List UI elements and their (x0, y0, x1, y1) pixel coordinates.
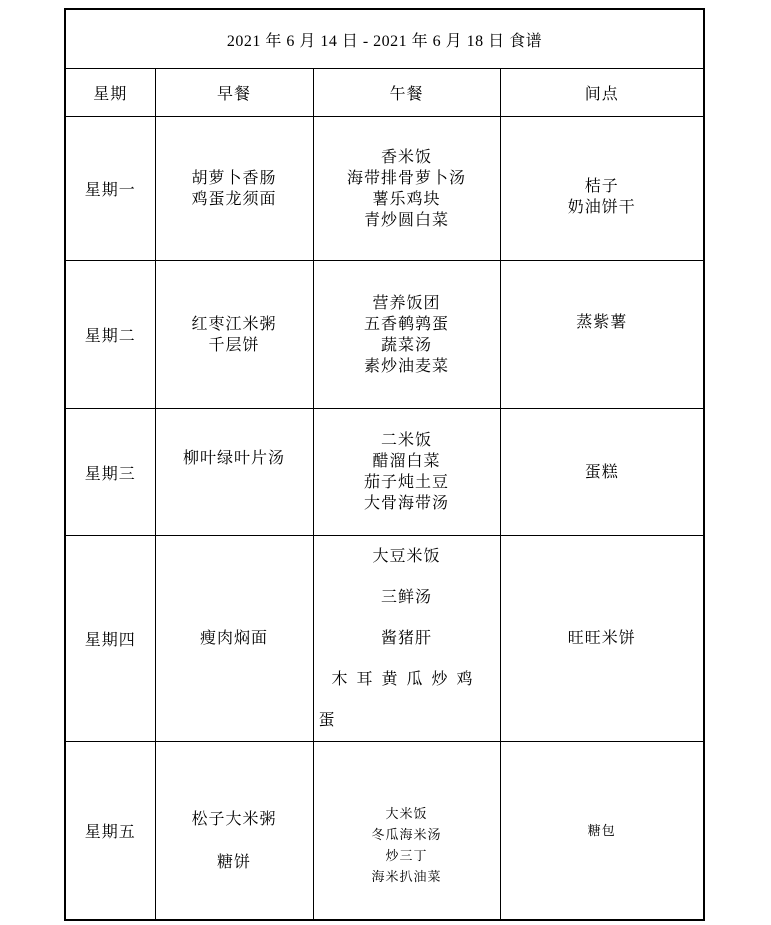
menu-item: 素炒油麦菜 (314, 356, 500, 377)
menu-item: 香米饭 (314, 147, 500, 168)
lunch-cell: 大豆米饭 三鲜汤 酱猪肝 木耳黄瓜炒鸡 蛋 (313, 536, 500, 742)
col-header-breakfast: 早餐 (155, 69, 313, 117)
menu-item: 糖饼 (156, 841, 313, 884)
menu-item: 酱猪肝 (314, 618, 500, 659)
menu-item: 薯乐鸡块 (314, 189, 500, 210)
menu-item: 三鲜汤 (314, 577, 500, 618)
menu-item: 糖包 (501, 820, 704, 841)
menu-item: 木耳黄瓜炒鸡 (314, 659, 500, 700)
menu-item: 柳叶绿叶片汤 (156, 448, 313, 469)
breakfast-cell: 柳叶绿叶片汤 (155, 409, 313, 536)
row-tuesday: 星期二 红枣江米粥 千层饼 营养饭团 五香鹌鹑蛋 蔬菜汤 素炒油麦菜 蒸紫薯 (65, 261, 704, 409)
breakfast-cell: 红枣江米粥 千层饼 (155, 261, 313, 409)
day-label: 星期三 (65, 409, 155, 536)
menu-item: 旺旺米饼 (501, 628, 704, 649)
breakfast-cell: 瘦肉焖面 (155, 536, 313, 742)
menu-item: 海带排骨萝卜汤 (314, 168, 500, 189)
header-row: 星期 早餐 午餐 间点 (65, 69, 704, 117)
menu-item: 青炒圆白菜 (314, 210, 500, 231)
snack-cell: 桔子 奶油饼干 (500, 117, 704, 261)
lunch-cell: 二米饭 醋溜白菜 茄子炖土豆 大骨海带汤 (313, 409, 500, 536)
menu-item: 红枣江米粥 (156, 314, 313, 335)
document-page: 2021 年 6 月 14 日 - 2021 年 6 月 18 日 食谱 星期 … (0, 0, 771, 925)
menu-item: 瘦肉焖面 (156, 628, 313, 649)
row-monday: 星期一 胡萝卜香肠 鸡蛋龙须面 香米饭 海带排骨萝卜汤 薯乐鸡块 青炒圆白菜 桔… (65, 117, 704, 261)
menu-item: 冬瓜海米汤 (314, 824, 500, 845)
lunch-cell: 香米饭 海带排骨萝卜汤 薯乐鸡块 青炒圆白菜 (313, 117, 500, 261)
col-header-lunch: 午餐 (313, 69, 500, 117)
snack-cell: 蒸紫薯 (500, 261, 704, 409)
snack-cell: 蛋糕 (500, 409, 704, 536)
menu-item: 蛋 (314, 700, 500, 741)
row-friday: 星期五 松子大米粥 糖饼 大米饭 冬瓜海米汤 炒三丁 海米扒油菜 糖包 (65, 742, 704, 921)
day-label: 星期二 (65, 261, 155, 409)
menu-item: 五香鹌鹑蛋 (314, 314, 500, 335)
row-wednesday: 星期三 柳叶绿叶片汤 二米饭 醋溜白菜 茄子炖土豆 大骨海带汤 蛋糕 (65, 409, 704, 536)
menu-item: 二米饭 (314, 430, 500, 451)
breakfast-cell: 胡萝卜香肠 鸡蛋龙须面 (155, 117, 313, 261)
menu-item: 松子大米粥 (156, 798, 313, 841)
menu-item: 千层饼 (156, 335, 313, 356)
menu-item: 蛋糕 (501, 462, 704, 483)
breakfast-cell: 松子大米粥 糖饼 (155, 742, 313, 921)
col-header-day: 星期 (65, 69, 155, 117)
row-thursday: 星期四 瘦肉焖面 大豆米饭 三鲜汤 酱猪肝 木耳黄瓜炒鸡 蛋 旺旺米饼 (65, 536, 704, 742)
menu-table: 2021 年 6 月 14 日 - 2021 年 6 月 18 日 食谱 星期 … (64, 8, 705, 921)
snack-cell: 糖包 (500, 742, 704, 921)
menu-item: 营养饭团 (314, 293, 500, 314)
menu-item: 醋溜白菜 (314, 451, 500, 472)
lunch-cell: 大米饭 冬瓜海米汤 炒三丁 海米扒油菜 (313, 742, 500, 921)
menu-item: 桔子 (501, 176, 704, 197)
menu-item: 蔬菜汤 (314, 335, 500, 356)
col-header-snack: 间点 (500, 69, 704, 117)
day-label: 星期一 (65, 117, 155, 261)
menu-item: 茄子炖土豆 (314, 472, 500, 493)
menu-item: 胡萝卜香肠 (156, 168, 313, 189)
menu-item: 海米扒油菜 (314, 866, 500, 887)
menu-item: 鸡蛋龙须面 (156, 189, 313, 210)
menu-item: 大米饭 (314, 803, 500, 824)
lunch-cell: 营养饭团 五香鹌鹑蛋 蔬菜汤 素炒油麦菜 (313, 261, 500, 409)
menu-item: 蒸紫薯 (501, 312, 704, 333)
table-title: 2021 年 6 月 14 日 - 2021 年 6 月 18 日 食谱 (65, 9, 704, 69)
menu-item: 大豆米饭 (314, 536, 500, 577)
title-row: 2021 年 6 月 14 日 - 2021 年 6 月 18 日 食谱 (65, 9, 704, 69)
day-label: 星期五 (65, 742, 155, 921)
day-label: 星期四 (65, 536, 155, 742)
snack-cell: 旺旺米饼 (500, 536, 704, 742)
menu-item: 炒三丁 (314, 845, 500, 866)
menu-item: 奶油饼干 (501, 197, 704, 218)
menu-item: 大骨海带汤 (314, 493, 500, 514)
